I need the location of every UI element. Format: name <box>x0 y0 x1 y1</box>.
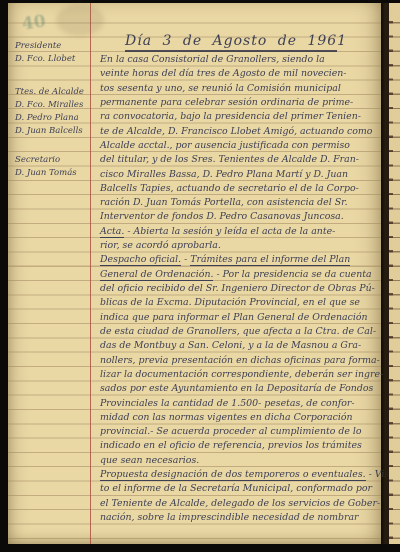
text-segment: to el informe de la Secretaría Municipal… <box>100 483 372 494</box>
manuscript-line: General de Ordenación. - Por la presiden… <box>100 268 386 282</box>
manuscript-line: das de Montbuy a San. Celoni, y a la de … <box>100 339 386 353</box>
margin-note-line: D. Juan Tomás <box>15 167 90 180</box>
underlined-text: Trámites para el informe del Plan <box>190 254 350 266</box>
text-segment: das de Montbuy a San. Celoni, y a la de … <box>100 340 361 351</box>
text-segment: del titular, y de los Sres. Tenientes de… <box>100 154 359 165</box>
manuscript-line: permanente para celebrar sesión ordinari… <box>100 96 386 110</box>
text-segment: ra convocatoria, bajo la presidencia del… <box>100 111 361 122</box>
scanned-photo-background: 40 Día 3 de Agosto de 1961 PresidenteD. … <box>0 0 400 552</box>
manuscript-line: midad con las normas vigentes en dicha C… <box>100 411 386 425</box>
manuscript-line: Interventor de fondos D. Pedro Casanovas… <box>100 210 386 224</box>
manuscript-line: ra convocatoria, bajo la presidencia del… <box>100 110 386 124</box>
manuscript-line: del oficio recibido del Sr. Ingeniero Di… <box>100 282 386 296</box>
manuscript-line: indica que para informar el Plan General… <box>100 311 386 325</box>
text-segment: cisco Miralles Bassa, D. Pedro Plana Mar… <box>100 169 348 180</box>
text-segment: del oficio recibido del Sr. Ingeniero Di… <box>100 283 375 294</box>
text-segment: En la casa Consistorial de Granollers, s… <box>100 54 325 65</box>
manuscript-line: Provinciales la cantidad de 1.500- peset… <box>100 397 386 411</box>
margin-note-line: Presidente <box>15 40 90 53</box>
text-segment: te de Alcalde, D. Francisco Llobet Amigó… <box>100 126 372 137</box>
margin-note-line: D. Juan Balcells <box>15 125 90 138</box>
margin-note-line: Secretario <box>15 154 90 167</box>
text-segment: midad con las normas vigentes en dicha C… <box>100 412 353 423</box>
manuscript-line: Acta. - Abierta la sesión y leída el act… <box>100 225 386 239</box>
text-segment: lizar la documentación correspondiente, … <box>100 369 383 380</box>
text-segment: Provinciales la cantidad de 1.500- peset… <box>100 398 355 409</box>
manuscript-line: de esta ciudad de Granollers, que afecta… <box>100 325 386 339</box>
manuscript-line: nollers, previa presentación en dichas o… <box>100 354 386 368</box>
text-segment: blicas de la Excma. Diputación Provincia… <box>100 297 360 308</box>
text-segment: sados por este Ayuntamiento en la Deposi… <box>100 383 373 394</box>
manuscript-line: rior, se acordó aprobarla. <box>100 239 386 253</box>
manuscript-line: cisco Miralles Bassa, D. Pedro Plana Mar… <box>100 168 386 182</box>
margin-block: PresidenteD. Fco. Llobet <box>15 40 90 66</box>
text-segment: Alcalde acctal., por ausencia justificad… <box>100 140 350 151</box>
manuscript-line: indicado en el oficio de referencia, pre… <box>100 439 386 453</box>
text-segment: indicado en el oficio de referencia, pre… <box>100 440 362 451</box>
facing-page-line-marks <box>389 3 393 544</box>
red-margin-rule <box>90 3 91 544</box>
manuscript-line: que sean necesarios. <box>100 454 386 468</box>
manuscript-line: En la casa Consistorial de Granollers, s… <box>100 53 386 67</box>
margin-notes: PresidenteD. Fco. LlobetTtes. de Alcalde… <box>15 40 90 180</box>
text-segment: Interventor de fondos D. Pedro Casanovas… <box>100 211 344 222</box>
notebook-page: 40 Día 3 de Agosto de 1961 PresidenteD. … <box>8 3 381 544</box>
text-segment: veinte horas del día tres de Agosto de m… <box>100 68 346 79</box>
page-title: Día 3 de Agosto de 1961 <box>125 33 337 52</box>
text-segment: - <box>181 254 190 265</box>
manuscript-line: Alcalde acctal., por ausencia justificad… <box>100 139 386 153</box>
underlined-text: Acta. <box>100 226 124 238</box>
manuscript-line: veinte horas del día tres de Agosto de m… <box>100 67 386 81</box>
text-segment: el Teniente de Alcalde, delegado de los … <box>100 498 380 509</box>
manuscript-line: el Teniente de Alcalde, delegado de los … <box>100 497 386 511</box>
round-stamp-mark <box>56 4 104 36</box>
page-number-stamp: 40 <box>21 11 47 34</box>
body-text: En la casa Consistorial de Granollers, s… <box>100 53 386 525</box>
margin-note-line: Ttes. de Alcalde <box>15 86 90 99</box>
manuscript-line: Despacho oficial. - Trámites para el inf… <box>100 253 386 267</box>
text-segment: - Por la presidencia se da cuenta <box>213 269 371 280</box>
manuscript-line: sados por este Ayuntamiento en la Deposi… <box>100 382 386 396</box>
text-segment: que sean necesarios. <box>100 455 199 466</box>
page-gutter-shadow <box>381 3 389 544</box>
margin-block: Ttes. de AlcaldeD. Fco. MirallesD. Pedro… <box>15 86 90 138</box>
underlined-text: General de Ordenación. <box>100 269 213 281</box>
text-segment: de esta ciudad de Granollers, que afecta… <box>100 326 376 337</box>
underlined-text: Despacho oficial. <box>100 254 181 266</box>
manuscript-line: to el informe de la Secretaría Municipal… <box>100 482 386 496</box>
manuscript-line: ración D. Juan Tomás Portella, con asist… <box>100 196 386 210</box>
underlined-text: Propuesta designación de dos temporeros … <box>100 469 366 481</box>
margin-note-line: D. Fco. Miralles <box>15 99 90 112</box>
manuscript-line: Balcells Tapies, actuando de secretario … <box>100 182 386 196</box>
text-segment: provincial.- Se acuerda proceder al cump… <box>100 426 362 437</box>
manuscript-line: lizar la documentación correspondiente, … <box>100 368 386 382</box>
text-segment: indica que para informar el Plan General… <box>100 312 368 323</box>
margin-note-line: D. Fco. Llobet <box>15 53 90 66</box>
manuscript-line: blicas de la Excma. Diputación Provincia… <box>100 296 386 310</box>
facing-page-edge <box>389 3 400 544</box>
text-segment: rior, se acordó aprobarla. <box>100 240 221 251</box>
text-segment: ración D. Juan Tomás Portella, con asist… <box>100 197 348 208</box>
text-segment: permanente para celebrar sesión ordinari… <box>100 97 353 108</box>
manuscript-line: del titular, y de los Sres. Tenientes de… <box>100 153 386 167</box>
text-segment: nollers, previa presentación en dichas o… <box>100 355 380 366</box>
manuscript-line: te de Alcalde, D. Francisco Llobet Amigó… <box>100 125 386 139</box>
margin-block: SecretarioD. Juan Tomás <box>15 154 90 180</box>
manuscript-line: Propuesta designación de dos temporeros … <box>100 468 386 482</box>
manuscript-line: provincial.- Se acuerda proceder al cump… <box>100 425 386 439</box>
text-segment: nación, sobre la imprescindible necesida… <box>100 512 359 523</box>
manuscript-line: tos sesenta y uno, se reunió la Comisión… <box>100 82 386 96</box>
manuscript-line: nación, sobre la imprescindible necesida… <box>100 511 386 525</box>
text-segment: tos sesenta y uno, se reunió la Comisión… <box>100 83 341 94</box>
text-segment: Balcells Tapies, actuando de secretario … <box>100 183 359 194</box>
margin-note-line: D. Pedro Plana <box>15 112 90 125</box>
text-segment: - Abierta la sesión y leída el acta de l… <box>124 226 335 237</box>
